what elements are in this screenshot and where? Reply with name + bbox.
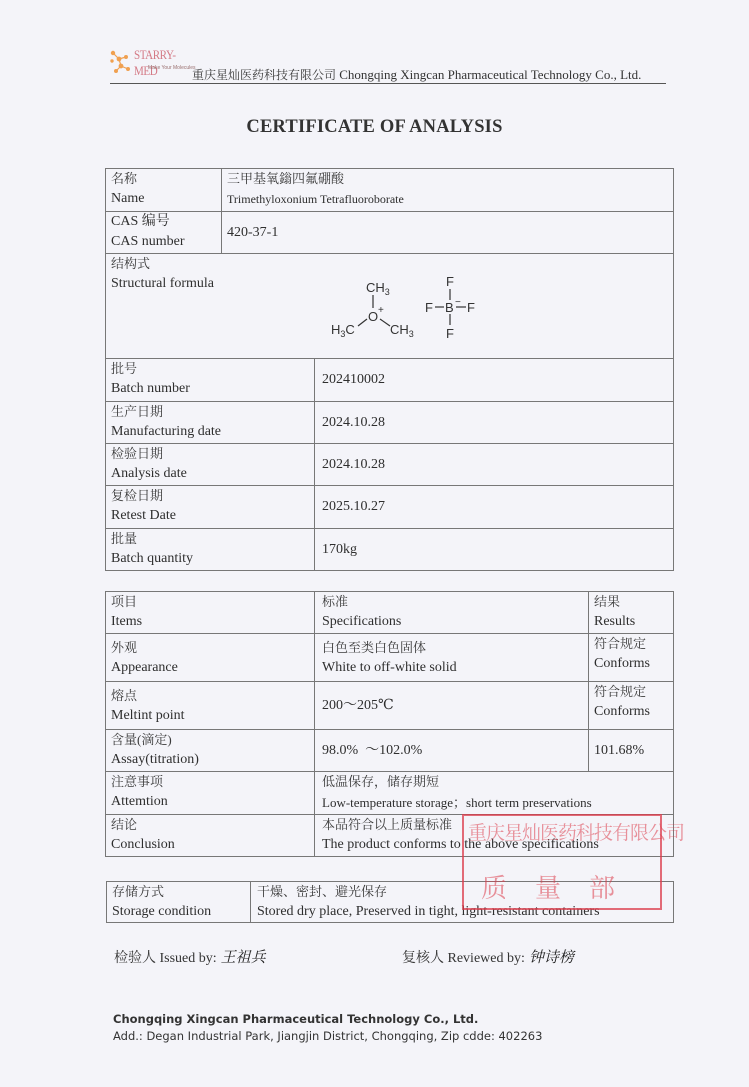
label-cn: 名称 xyxy=(111,169,221,189)
molecule-logo-icon xyxy=(108,47,134,77)
label-en: CAS number xyxy=(111,232,221,252)
value-en: The product conforms to the above specif… xyxy=(322,835,673,855)
label-retest-date: 复检日期Retest Date xyxy=(106,486,315,529)
label-en: Analysis date xyxy=(111,464,314,484)
item-appearance: 外观Appearance xyxy=(106,634,315,682)
item-attention: 注意事项Attemtion xyxy=(106,772,315,815)
results-header-row: 项目Items 标准Specifications 结果Results xyxy=(106,592,674,634)
header-results: 结果Results xyxy=(589,592,674,634)
logo-name: STARRY-MED xyxy=(134,47,188,79)
reviewed-by-label: 复核人 Reviewed by: xyxy=(402,951,525,966)
structure-cell: 结构式 Structural formula CH3 O + H3C CH3 F… xyxy=(106,254,674,359)
label-en: Attemtion xyxy=(111,792,314,812)
label-cn: CAS 编号 xyxy=(111,212,221,232)
value-en: Trimethyloxonium Tetrafluoroborate xyxy=(227,189,673,209)
value-en: Conforms xyxy=(594,702,673,722)
label-en: Assay(titration) xyxy=(111,750,314,770)
row-batch-number: 批号Batch number 202410002 xyxy=(106,359,674,402)
storage-table: 存储方式Storage condition 干燥、密封、避光保存Stored d… xyxy=(106,881,674,923)
svg-text:CH3: CH3 xyxy=(390,322,414,339)
row-manufacturing-date: 生产日期Manufacturing date 2024.10.28 xyxy=(106,402,674,444)
row-analysis-date: 检验日期Analysis date 2024.10.28 xyxy=(106,444,674,486)
label-en: Storage condition xyxy=(112,902,250,922)
svg-text:H3C: H3C xyxy=(331,322,355,339)
label-cn: 复检日期 xyxy=(111,486,314,506)
footer-company: Chongqing Xingcan Pharmaceutical Technol… xyxy=(113,1012,478,1026)
svg-text:F: F xyxy=(446,274,454,289)
item-melting-point: 熔点Meltint point xyxy=(106,682,315,730)
label-cn: 项目 xyxy=(111,592,314,612)
spec-melting-point: 200～205℃ xyxy=(315,682,589,730)
product-info-table: 名称Name 三甲基氧鎓四氟硼酸Trimethyloxonium Tetrafl… xyxy=(105,168,674,571)
value-cn: 干燥、密封、避光保存 xyxy=(257,882,673,902)
svg-text:CH3: CH3 xyxy=(366,280,390,297)
label-en: Batch quantity xyxy=(111,549,314,569)
value-name: 三甲基氧鎓四氟硼酸Trimethyloxonium Tetrafluorobor… xyxy=(222,169,674,212)
label-manufacturing-date: 生产日期Manufacturing date xyxy=(106,402,315,444)
table-row: 含量(滴定)Assay(titration) 98.0% ～102.0% 101… xyxy=(106,730,674,772)
label-cn: 结果 xyxy=(594,592,673,612)
label-cn: 存储方式 xyxy=(112,882,250,902)
value-cn: 本品符合以上质量标准 xyxy=(322,815,673,835)
result-appearance: 符合规定Conforms xyxy=(589,634,674,682)
value-cas: 420-37-1 xyxy=(222,212,674,254)
issued-by: 检验人 Issued by:王祖兵 xyxy=(114,946,266,967)
company-name-cn: 重庆星灿医药科技有限公司 xyxy=(192,68,336,82)
label-en: Results xyxy=(594,612,673,632)
table-row: 外观Appearance 白色至类白色固体White to off-white … xyxy=(106,634,674,682)
value-cn: 符合规定 xyxy=(594,682,673,702)
row-retest-date: 复检日期Retest Date 2025.10.27 xyxy=(106,486,674,529)
label-en: Items xyxy=(111,612,314,632)
svg-text:−: − xyxy=(455,297,461,308)
result-melting-point: 符合规定Conforms xyxy=(589,682,674,730)
label-en: Appearance xyxy=(111,658,314,678)
spec-attention: 低温保存，储存期短Low-temperature storage；short t… xyxy=(315,772,674,815)
value-manufacturing-date: 2024.10.28 xyxy=(315,402,674,444)
label-cn: 批量 xyxy=(111,529,314,549)
company-header: 重庆星灿医药科技有限公司 Chongqing Xingcan Pharmaceu… xyxy=(192,66,641,83)
value-en: Conforms xyxy=(594,654,673,674)
row-name: 名称Name 三甲基氧鎓四氟硼酸Trimethyloxonium Tetrafl… xyxy=(106,169,674,212)
value-cn: 三甲基氧鎓四氟硼酸 xyxy=(227,169,673,189)
value-cn: 白色至类白色固体 xyxy=(322,638,588,658)
value-en: White to off-white solid xyxy=(322,658,588,678)
value-en: Stored dry place, Preserved in tight, li… xyxy=(257,902,673,922)
row-storage: 存储方式Storage condition 干燥、密封、避光保存Stored d… xyxy=(107,882,674,923)
label-analysis-date: 检验日期Analysis date xyxy=(106,444,315,486)
label-cn: 批号 xyxy=(111,359,314,379)
label-name: 名称Name xyxy=(106,169,222,212)
header-items: 项目Items xyxy=(106,592,315,634)
company-name-en: Chongqing Xingcan Pharmaceutical Technol… xyxy=(339,67,641,82)
logo-tagline: Make Your Molecules xyxy=(148,65,196,71)
row-structure: 结构式 Structural formula CH3 O + H3C CH3 F… xyxy=(106,254,674,359)
structural-formula-diagram: CH3 O + H3C CH3 F F B − F F xyxy=(328,268,498,354)
label-en: Batch number xyxy=(111,379,314,399)
company-logo: STARRY-MED Make Your Molecules xyxy=(108,45,198,79)
header-divider xyxy=(110,83,666,84)
result-assay: 101.68% xyxy=(589,730,674,772)
label-en: Specifications xyxy=(322,612,588,632)
svg-text:F: F xyxy=(425,300,433,315)
footer-address: Add.: Degan Industrial Park, Jiangjin Di… xyxy=(113,1029,542,1043)
label-cn: 熔点 xyxy=(111,686,314,706)
reviewed-by: 复核人 Reviewed by:钟诗榜 xyxy=(402,946,574,967)
page-title: CERTIFICATE OF ANALYSIS xyxy=(0,117,749,138)
label-cn: 外观 xyxy=(111,638,314,658)
spec-appearance: 白色至类白色固体White to off-white solid xyxy=(315,634,589,682)
row-cas: CAS 编号CAS number 420-37-1 xyxy=(106,212,674,254)
value-cn: 低温保存，储存期短 xyxy=(322,772,673,792)
label-en: Manufacturing date xyxy=(111,422,314,442)
label-batch-quantity: 批量Batch quantity xyxy=(106,529,315,571)
reviewed-signature: 钟诗榜 xyxy=(529,948,574,966)
label-en: Retest Date xyxy=(111,506,314,526)
table-row: 结论Conclusion 本品符合以上质量标准The product confo… xyxy=(106,815,674,857)
label-en: Name xyxy=(111,189,221,209)
label-cn: 含量(滴定) xyxy=(111,730,314,750)
value-analysis-date: 2024.10.28 xyxy=(315,444,674,486)
item-assay: 含量(滴定)Assay(titration) xyxy=(106,730,315,772)
results-table: 项目Items 标准Specifications 结果Results 外观App… xyxy=(105,591,674,857)
header-specifications: 标准Specifications xyxy=(315,592,589,634)
label-batch-number: 批号Batch number xyxy=(106,359,315,402)
issued-signature: 王祖兵 xyxy=(221,948,266,966)
label-storage: 存储方式Storage condition xyxy=(107,882,251,923)
issued-by-label: 检验人 Issued by: xyxy=(114,951,217,966)
svg-text:F: F xyxy=(446,326,454,341)
table-row: 熔点Meltint point 200～205℃ 符合规定Conforms xyxy=(106,682,674,730)
label-en: Meltint point xyxy=(111,706,314,726)
svg-text:F: F xyxy=(467,300,475,315)
svg-text:B: B xyxy=(445,300,454,315)
label-en: Conclusion xyxy=(111,835,314,855)
label-cn: 检验日期 xyxy=(111,444,314,464)
label-cn: 结论 xyxy=(111,815,314,835)
value-en: Low-temperature storage；short term prese… xyxy=(322,792,673,814)
label-cas: CAS 编号CAS number xyxy=(106,212,222,254)
label-cn: 标准 xyxy=(322,592,588,612)
value-cn: 符合规定 xyxy=(594,634,673,654)
spec-conclusion: 本品符合以上质量标准The product conforms to the ab… xyxy=(315,815,674,857)
item-conclusion: 结论Conclusion xyxy=(106,815,315,857)
table-row: 注意事项Attemtion 低温保存，储存期短Low-temperature s… xyxy=(106,772,674,815)
value-retest-date: 2025.10.27 xyxy=(315,486,674,529)
value-batch-number: 202410002 xyxy=(315,359,674,402)
label-cn: 注意事项 xyxy=(111,772,314,792)
label-cn: 生产日期 xyxy=(111,402,314,422)
svg-text:+: + xyxy=(378,305,384,316)
svg-text:O: O xyxy=(368,309,378,324)
row-batch-quantity: 批量Batch quantity 170kg xyxy=(106,529,674,571)
value-storage: 干燥、密封、避光保存Stored dry place, Preserved in… xyxy=(251,882,674,923)
spec-assay: 98.0% ～102.0% xyxy=(315,730,589,772)
value-batch-quantity: 170kg xyxy=(315,529,674,571)
